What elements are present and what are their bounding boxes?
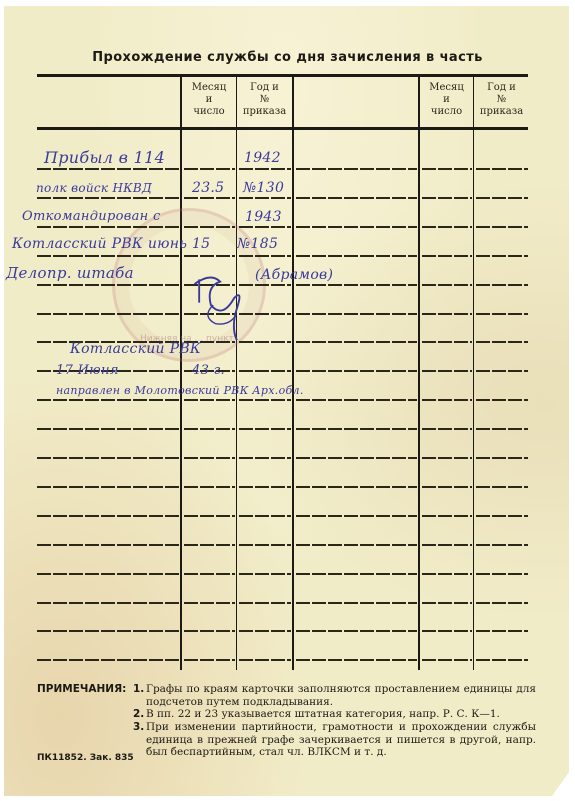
handwritten-entry: №185 [237,236,278,252]
handwritten-entry: Котласский РВК [70,341,201,357]
row-line [422,284,472,286]
row-line [184,602,235,604]
row-line [422,370,472,372]
handwritten-entry: 1943 [245,209,282,225]
row-line [37,168,179,170]
row-line [422,659,472,661]
row-line [239,168,291,170]
row-line [476,428,528,430]
handwritten-entry: 43 г. [192,363,225,378]
row-line [476,399,528,401]
row-line [37,428,179,430]
row-line [476,515,528,517]
signature-icon [188,270,250,340]
row-line [422,313,472,315]
row-line [422,630,472,632]
row-line [184,457,235,459]
row-line [296,226,417,228]
row-line [239,428,291,430]
row-line [476,341,528,343]
row-line [296,197,417,199]
header-line: приказа [237,106,292,118]
column-divider [473,77,474,670]
row-line [476,197,528,199]
row-line [476,284,528,286]
handwritten-entry: 23.5 [192,180,224,196]
table-top-rule [37,74,528,77]
row-line [476,313,528,315]
row-line [239,226,291,228]
row-line [184,168,235,170]
row-line [296,544,417,546]
print-order-number: ПК11852. Зак. 835 [37,753,134,763]
row-line [37,284,179,286]
row-line [476,486,528,488]
row-line [184,486,235,488]
row-line [476,602,528,604]
row-line [37,197,179,199]
header-line: и [420,94,473,106]
row-line [422,255,472,257]
header-month-day-left: Месяц и число [182,82,236,126]
row-line [37,602,179,604]
row-line [476,630,528,632]
handwritten-entry: Делопр. штаба [6,264,134,282]
row-line [37,313,179,315]
row-line [296,399,417,401]
row-line [184,428,235,430]
row-line [296,515,417,517]
note-text: При изменении партийности, грамотности и… [146,721,536,759]
row-line [239,370,291,372]
row-line [239,486,291,488]
row-line [239,544,291,546]
header-line: Год и [237,82,292,94]
row-line [37,515,179,517]
header-line: № [237,94,292,106]
row-line [239,457,291,459]
row-line [37,486,179,488]
row-line [422,602,472,604]
column-divider [418,77,420,670]
header-line: № [474,94,529,106]
row-line [239,573,291,575]
row-line [476,370,528,372]
row-line [239,255,291,257]
column-divider [236,77,237,670]
row-line [296,428,417,430]
row-line [476,255,528,257]
row-line [422,341,472,343]
row-line [296,313,417,315]
row-line [476,544,528,546]
row-line [37,255,179,257]
handwritten-entry: (Абрамов) [255,267,333,283]
row-line [476,573,528,575]
header-line: Месяц [182,82,236,94]
notes-label: ПРИМЕЧАНИЯ: [37,683,126,696]
header-year-order-right: Год и № приказа [474,82,529,126]
note-text: В пп. 22 и 23 указывается штатная катего… [146,708,536,721]
row-line [296,341,417,343]
row-line [184,197,235,199]
row-line [422,168,472,170]
row-line [422,457,472,459]
row-line [184,544,235,546]
handwritten-entry: 1942 [244,150,281,166]
row-line [37,226,179,228]
handwritten-entry: Котласский РВК июнь 15 [12,236,210,252]
handwritten-entry: полк войск НКВД [36,181,152,195]
row-line [422,197,472,199]
handwritten-entry: №130 [243,180,284,196]
row-line [296,659,417,661]
page-title: Прохождение службы со дня зачисления в ч… [0,50,575,65]
row-line [476,659,528,661]
row-line [239,630,291,632]
row-line [37,399,179,401]
row-line [184,630,235,632]
row-line [239,515,291,517]
row-line [184,226,235,228]
handwritten-entry: Прибыл в 114 [44,148,165,167]
row-line [296,573,417,575]
header-line: и [182,94,236,106]
note-number: 2. [133,708,144,721]
row-line [476,168,528,170]
header-line: число [182,106,236,118]
row-line [296,284,417,286]
row-line [37,573,179,575]
row-line [239,197,291,199]
row-line [422,573,472,575]
row-line [296,255,417,257]
header-line: число [420,106,473,118]
row-line [239,659,291,661]
row-line [296,602,417,604]
row-line [422,486,472,488]
row-line [239,399,291,401]
row-line [476,226,528,228]
row-line [296,630,417,632]
header-line: Год и [474,82,529,94]
row-line [296,370,417,372]
row-line [37,457,179,459]
row-line [184,399,235,401]
handwritten-entry: направлен в Молотовский РВК Арх.обл. [56,384,304,397]
handwritten-entry: 17 Июня [56,363,119,378]
column-divider [180,77,182,670]
note-number: 3. [133,721,144,734]
row-line [296,457,417,459]
table-header-rule [37,127,528,130]
note-text: Графы по краям карточки заполняются прос… [146,683,536,708]
row-line [184,659,235,661]
row-line [296,168,417,170]
row-line [422,399,472,401]
row-line [184,515,235,517]
row-line [184,255,235,257]
column-divider [292,77,294,670]
row-line [37,659,179,661]
row-line [422,428,472,430]
row-line [239,341,291,343]
row-line [476,457,528,459]
row-line [422,515,472,517]
row-line [239,602,291,604]
row-line [422,226,472,228]
row-line [296,486,417,488]
note-number: 1. [133,683,144,696]
row-line [37,544,179,546]
row-line [37,630,179,632]
header-line: приказа [474,106,529,118]
header-month-day-right: Месяц и число [420,82,473,126]
header-year-order-left: Год и № приказа [237,82,292,126]
handwritten-entry: Откомандирован с [22,209,161,224]
header-line: Месяц [420,82,473,94]
row-line [184,573,235,575]
row-line [422,544,472,546]
